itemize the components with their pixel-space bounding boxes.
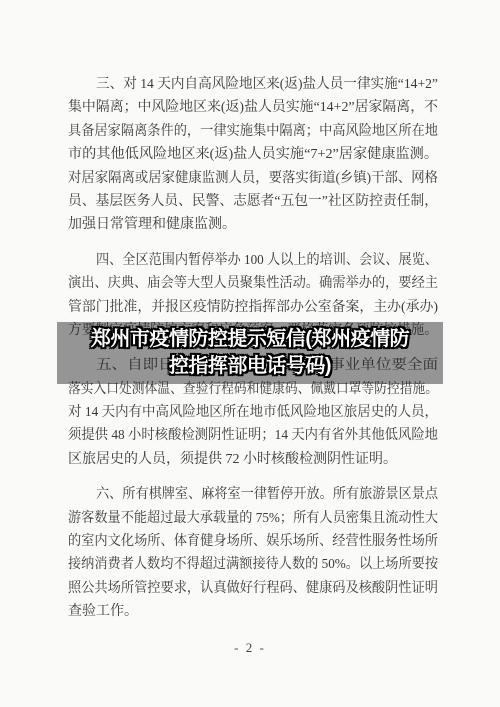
- paragraph: 六、所有棋牌室、麻将室一律暂停开放。所有旅游景区景点游客数量不能超过最大承载量的…: [68, 483, 438, 623]
- document-line: 对 14 天内有中高风险地区所在地市低风险地区旅居史的人员，: [68, 401, 438, 424]
- document-line: 对居家隔离或居家健康监测人员，要落实街道(乡镇)干部、网格: [68, 167, 438, 190]
- document-line: 四、全区范围内暂停举办 100 人以上的培训、会议、展览、: [96, 249, 438, 272]
- document-line: 接纳消费者人数均不得超过满额接待人数的 50%。以上场所要按: [68, 553, 438, 576]
- overlay-title-line: 郑州市疫情防控提示短信(郑州疫情防: [91, 326, 409, 353]
- document-line: 照公共场所管控要求，认真做好行程码、健康码及核酸阴性证明: [68, 577, 438, 600]
- page-number: - 2 -: [0, 640, 500, 656]
- document-line: 六、所有棋牌室、麻将室一律暂停开放。所有旅游景区景点: [96, 483, 438, 506]
- document-line: 的室内文化场所、体育健身场所、娱乐场所、经营性服务性场所: [68, 530, 438, 553]
- document-line: 游客数量不能超过最大承载量的 75%；所有人员密集且流动性大: [68, 507, 438, 530]
- overlay-title-line: 控指挥部电话号码): [91, 353, 409, 380]
- document-line: 加强日常管理和健康监测。: [68, 213, 236, 236]
- document-line: 市的其他低风险地区来(返)盐人员实施“7+2”居家健康监测。: [68, 143, 438, 166]
- document-line: 管部门批准，并报区疫情防控指挥部办公室备案，主办(承办): [68, 296, 438, 319]
- overlay-caption-band: 郑州市疫情防控提示短信(郑州疫情防控指挥部电话号码): [57, 322, 443, 384]
- document-line: 演出、庆典、庙会等大型人员聚集性活动。确需举办的，要经主: [68, 272, 438, 295]
- document-line: 具备居家隔离条件的，一律实施集中隔离；中高风险地区所在地: [68, 120, 438, 143]
- paragraph: 三、对 14 天内自高风险地区来(返)盐人员一律实施“14+2”集中隔离；中风险…: [68, 73, 438, 237]
- document-line: 区旅居史的人员，须提供 72 小时核酸检测阴性证明。: [68, 448, 397, 471]
- scanned-document-page: 三、对 14 天内自高风险地区来(返)盐人员一律实施“14+2”集中隔离；中风险…: [0, 0, 500, 707]
- document-line: 须提供 48 小时核酸检测阴性证明；14 天内有省外其他低风险地: [68, 424, 438, 447]
- document-line: 三、对 14 天内自高风险地区来(返)盐人员一律实施“14+2”: [96, 73, 438, 96]
- overlay-title: 郑州市疫情防控提示短信(郑州疫情防控指挥部电话号码): [91, 326, 409, 380]
- document-line: 员、基层医务人员、民警、志愿者“五包一”社区防控责任制，: [68, 190, 438, 213]
- document-line: 集中隔离；中风险地区来(返)盐人员实施“14+2”居家隔离，不: [68, 96, 438, 119]
- document-line: 查验工作。: [68, 600, 138, 623]
